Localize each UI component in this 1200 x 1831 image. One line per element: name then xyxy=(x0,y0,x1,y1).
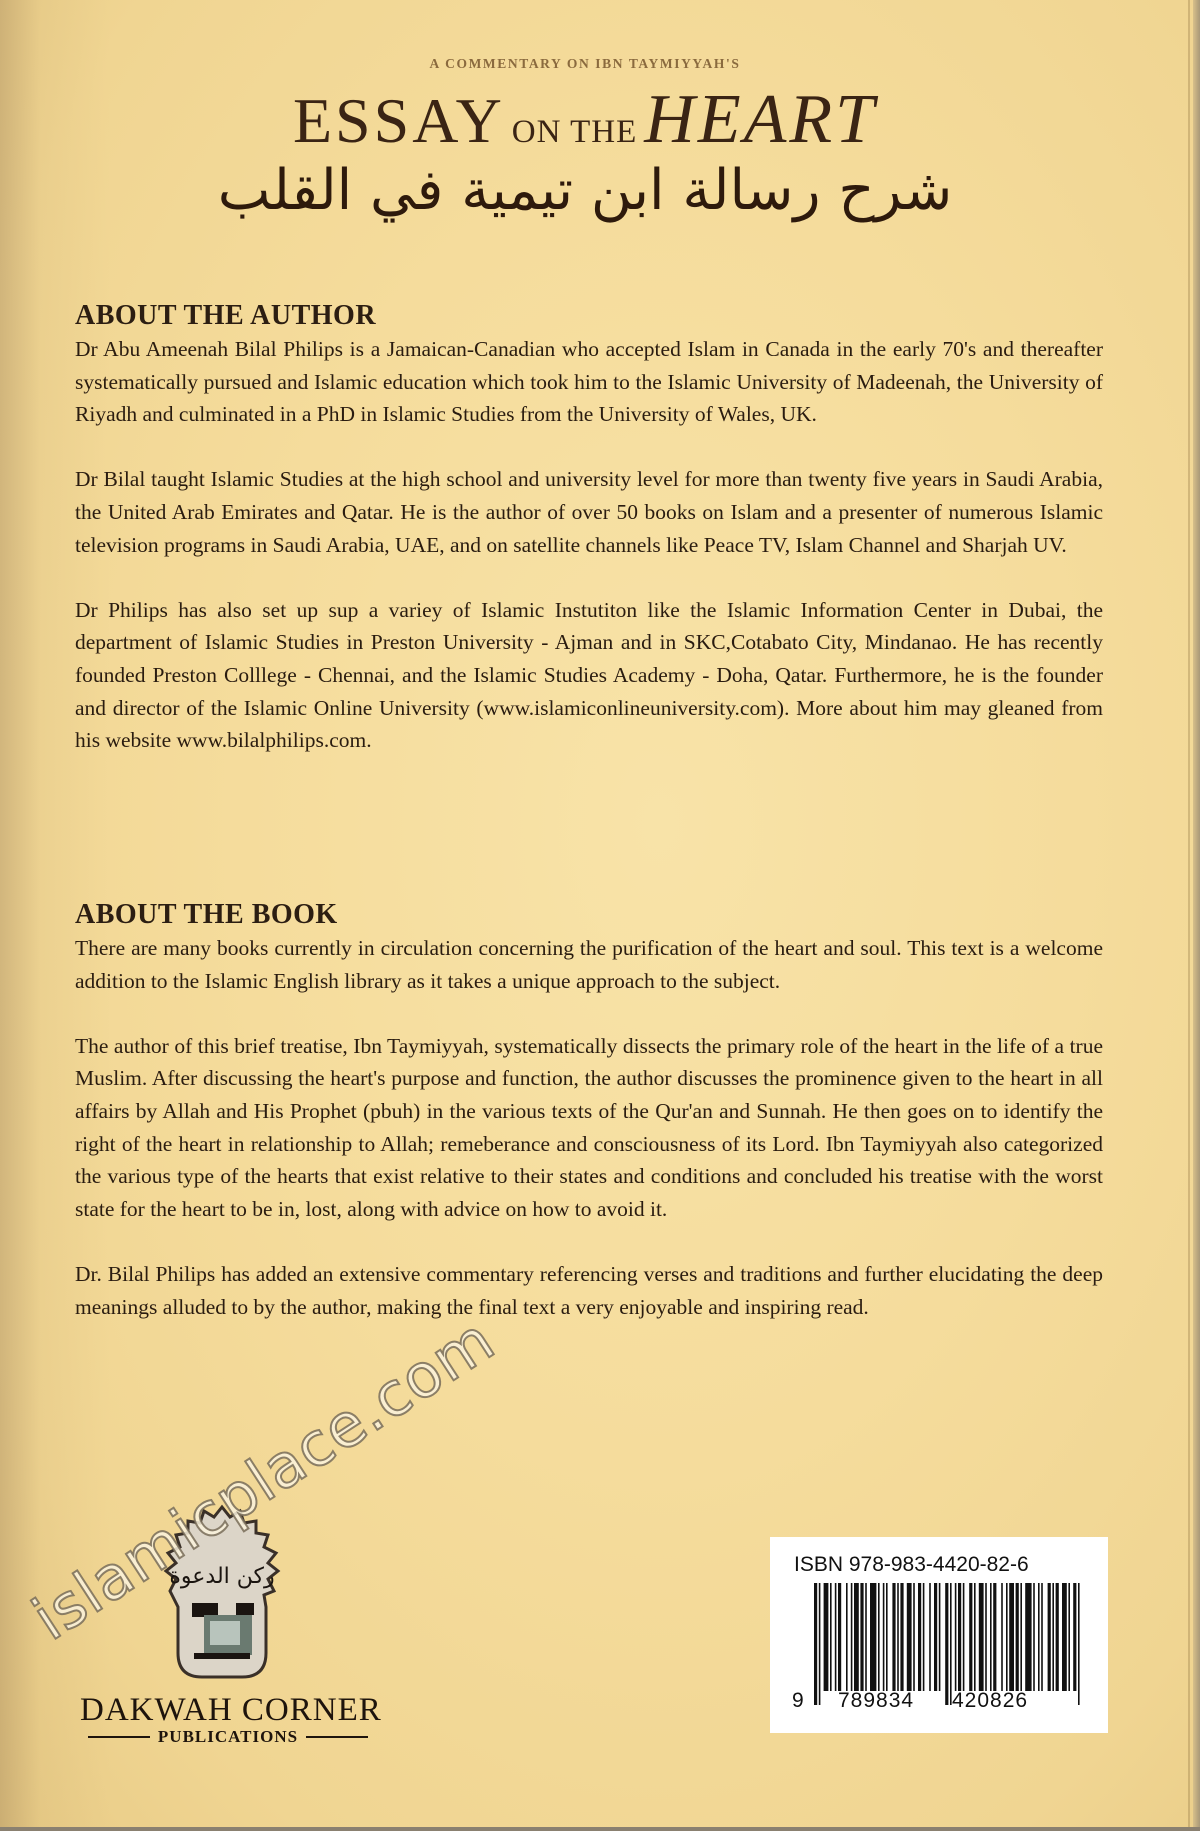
author-paragraph: Dr Bilal taught Islamic Studies at the h… xyxy=(75,463,1103,561)
cover-kicker: A COMMENTARY ON IBN TAYMIYYAH'S xyxy=(0,56,1170,72)
barcode-icon xyxy=(814,1583,1084,1705)
title-heart: HEART xyxy=(644,81,877,158)
author-paragraph: Dr Philips has also set up sup a variey … xyxy=(75,594,1103,757)
isbn-barcode-box: ISBN 978-983-4420-82-6 9 789834 420826 xyxy=(770,1537,1108,1733)
cover-title: ESSAY ON THE HEART xyxy=(0,80,1170,160)
about-author-section: ABOUT THE AUTHOR Dr Abu Ameenah Bilal Ph… xyxy=(75,298,1103,757)
author-paragraph: Dr Abu Ameenah Bilal Philips is a Jamaic… xyxy=(75,333,1103,431)
barcode-digits-left: 789834 xyxy=(838,1689,914,1713)
barcode-digits-right: 420826 xyxy=(952,1689,1028,1713)
about-book-heading: ABOUT THE BOOK xyxy=(75,897,1103,932)
book-paragraph: Dr. Bilal Philips has added an extensive… xyxy=(75,1258,1103,1323)
book-paragraph: The author of this brief treatise, Ibn T… xyxy=(75,1030,1103,1226)
arabic-title: شرح رسالة ابن تيمية في القلب xyxy=(0,158,1170,223)
isbn-label: ISBN 978-983-4420-82-6 xyxy=(794,1553,1029,1577)
divider xyxy=(306,1736,368,1738)
publisher-subtitle-text: PUBLICATIONS xyxy=(158,1727,298,1747)
barcode-digit-lead: 9 xyxy=(792,1689,804,1713)
title-essay: ESSAY xyxy=(293,85,505,156)
publisher-name: DAKWAH CORNER xyxy=(80,1692,370,1729)
spine-crease xyxy=(1188,0,1190,1831)
about-author-heading: ABOUT THE AUTHOR xyxy=(75,298,1103,333)
divider xyxy=(88,1736,150,1738)
cover-right-edge xyxy=(1193,0,1200,1831)
title-on-the: ON THE xyxy=(512,114,637,150)
publisher-subtitle: PUBLICATIONS xyxy=(88,1725,368,1749)
book-paragraph: There are many books currently in circul… xyxy=(75,932,1103,997)
cover-bottom-edge xyxy=(0,1827,1200,1831)
about-book-section: ABOUT THE BOOK There are many books curr… xyxy=(75,897,1103,1323)
